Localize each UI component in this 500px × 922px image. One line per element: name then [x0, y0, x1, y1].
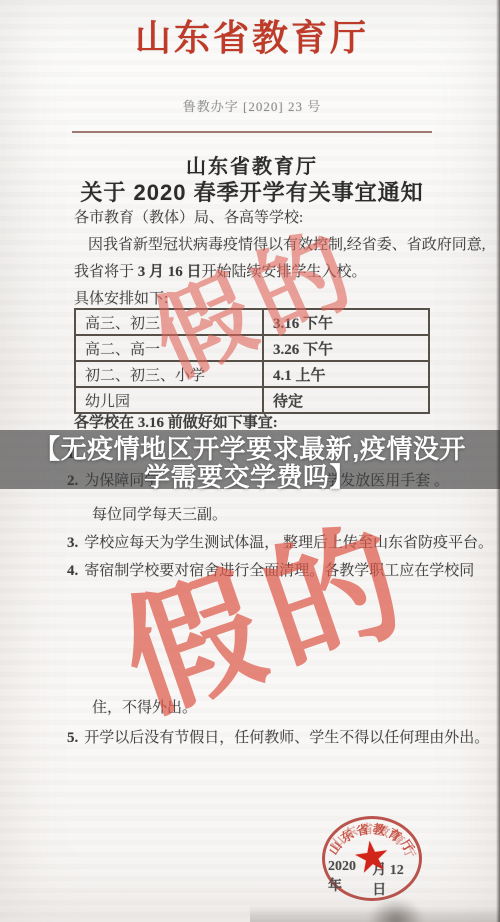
task-4-continuation: 住，不得外出。 [92, 698, 197, 718]
header-divider [72, 131, 432, 133]
task-number: 4. [67, 563, 78, 579]
group-cell: 幼儿园 [75, 387, 263, 413]
star-icon: ★ [350, 834, 393, 881]
caption-line-1: 【无疫情地区开学要求最新,疫情没开 [0, 435, 500, 463]
group-cell: 高三、初三 [75, 309, 263, 335]
photo-right-edge [496, 0, 500, 922]
tasks-intro-date: 3.16 [134, 415, 168, 431]
paragraph-line2-pre: 我省将于 [74, 264, 134, 280]
group-cell: 初二、初三、小学 [75, 361, 263, 387]
notice-photo: 山东省教育厅 鲁教办字 [2020] 23 号 山东省教育厅 关于 2020 春… [0, 0, 500, 922]
table-row: 高二、高一 3.26 下午 [75, 335, 429, 361]
task-number: 5. [67, 730, 78, 746]
task-item-3: 3.学校应每天为学生测试体温， 整理后上传至山东省防疫平台。 [67, 533, 449, 553]
table-row: 幼儿园 待定 [75, 387, 429, 413]
caption-text: 【无疫情地区开学要求最新,疫情没开 学需要交学费吗】 [0, 435, 500, 491]
paragraph-line2-date: 3 月 16 日 [134, 264, 202, 280]
agency-title: 山东省教育厅 [72, 10, 432, 61]
official-seal: 山东省教育厅 山东省教育厅 2020 年 月 12 日 ★ [322, 816, 422, 901]
paragraph-line2-post: 开始陆续安排学生入校。 [202, 264, 367, 280]
task-text: 寄宿制学校要对宿舍进行全面清理。各教学职工应在学校同 [84, 563, 474, 579]
salutation: 各市教育（教体）局、各高等学校: [74, 208, 303, 228]
task-item-4: 4.寄宿制学校要对宿舍进行全面清理。各教学职工应在学校同 [67, 561, 449, 581]
time-cell: 3.26 下午 [263, 335, 429, 361]
task-2-continuation: 每位同学每天三副。 [92, 505, 227, 525]
tasks-intro-pre: 各学校在 [74, 415, 134, 431]
task-item-5: 5.开学以后没有节假日，任何教师、学生不得以任何理由外出。 [67, 728, 449, 748]
schedule-intro: 具体安排如下: [74, 289, 168, 309]
table-row: 高三、初三 3.16 下午 [75, 309, 429, 335]
notice-title-line2: 关于 2020 春季开学有关事宜通知 [72, 176, 432, 207]
table-row: 初二、初三、小学 4.1 上午 [75, 361, 429, 387]
schedule-table: 高三、初三 3.16 下午 高二、高一 3.26 下午 初二、初三、小学 4.1… [74, 308, 430, 414]
time-cell: 4.1 上午 [263, 361, 429, 387]
caption-line-2: 学需要交学费吗】 [0, 463, 500, 491]
task-text: 学校应每天为学生测试体温， 整理后上传至山东省防疫平台。 [84, 535, 493, 551]
task-number: 3. [67, 535, 78, 551]
time-cell: 3.16 下午 [263, 309, 429, 335]
photo-bottom-tint [250, 905, 500, 922]
task-text: 开学以后没有节假日，任何教师、学生不得以任何理由外出。 [84, 730, 489, 746]
paragraph-line1: 因我省新型冠状病毒疫情得以有效控制,经省委、省政府同意, [88, 235, 486, 255]
notice-title-line1: 山东省教育厅 [72, 150, 432, 179]
group-cell: 高二、高一 [75, 335, 263, 361]
doc-number: 鲁教办字 [2020] 23 号 [72, 96, 432, 115]
time-cell: 待定 [263, 387, 429, 413]
tasks-intro-post: 前做好如下事宜: [168, 415, 278, 431]
paragraph-line2: 我省将于 3 月 16 日开始陆续安排学生入校。 [74, 262, 367, 282]
